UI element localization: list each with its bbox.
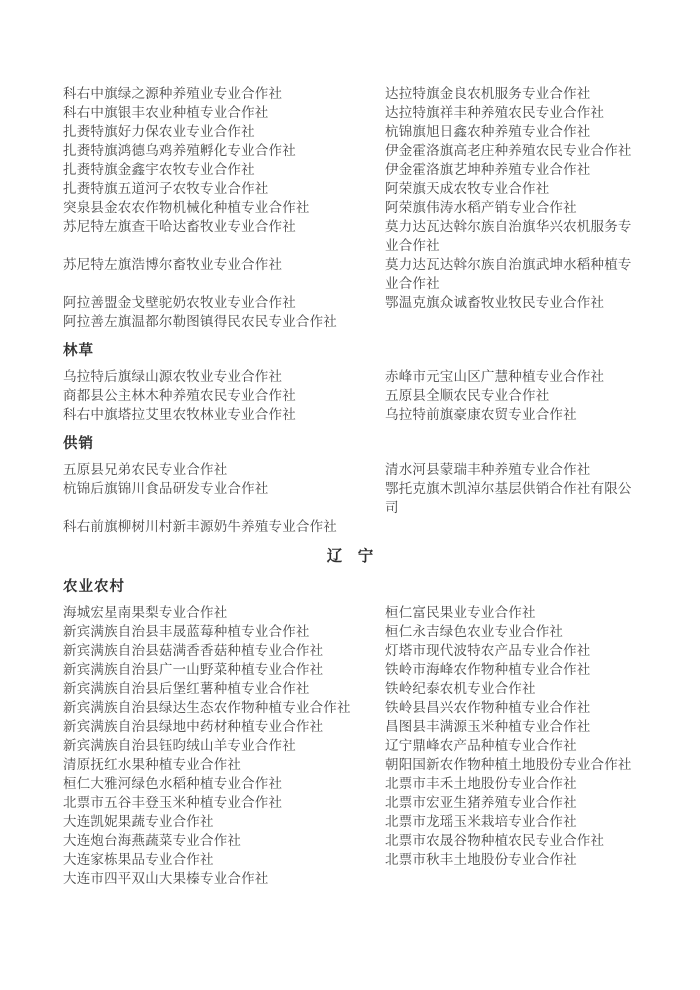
coop-name: 扎赉特旗五道河子农牧专业合作社: [63, 179, 385, 198]
coop-row: 扎赉特旗五道河子农牧专业合作社阿荣旗天成农牧专业合作社: [63, 179, 637, 198]
coop-row: 新宾满族自治县绿达生态农作物种植专业合作社铁岭县昌兴农作物种植专业合作社: [63, 698, 637, 717]
coop-name: 清原抚红水果种植专业合作社: [63, 755, 385, 774]
coop-name: 铁岭市海峰农作物种植专业合作社: [385, 660, 635, 679]
coop-name: 北票市丰禾土地股份专业合作社: [385, 774, 635, 793]
coop-name: 新宾满族自治县菇满香香菇种植专业合作社: [63, 641, 385, 660]
coop-row: 突泉县金农农作物机械化种植专业合作社阿荣旗伟涛水稻产销专业合作社: [63, 198, 637, 217]
coop-name: 苏尼特左旗浩博尔畜牧业专业合作社: [63, 255, 385, 274]
coop-name: 赤峰市元宝山区广慧种植专业合作社: [385, 367, 635, 386]
coop-name: 昌图县丰满源玉米种植专业合作社: [385, 717, 635, 736]
coop-name: 北票市秋丰土地股份专业合作社: [385, 850, 635, 869]
coop-row: 阿拉善左旗温都尔勒图镇得民农民专业合作社: [63, 312, 637, 331]
coop-name: 阿荣旗天成农牧专业合作社: [385, 179, 635, 198]
coop-name: 北票市宏亚生猪养殖专业合作社: [385, 793, 635, 812]
coop-name: 科右中旗银丰农业种植专业合作社: [63, 103, 385, 122]
coop-name: 北票市五谷丰登玉米种植专业合作社: [63, 793, 385, 812]
coop-name: 清水河县蒙瑞丰种养殖专业合作社: [385, 460, 635, 479]
section: 林草乌拉特后旗绿山源农牧业专业合作社赤峰市元宝山区广慧种植专业合作社商都县公主林…: [63, 341, 637, 424]
coop-name: 扎赉特旗好力保农业专业合作社: [63, 122, 385, 141]
section-header: 农业农村: [63, 577, 637, 597]
coop-name: 乌拉特前旗豪康农贸专业合作社: [385, 405, 635, 424]
coop-name: 伊金霍洛旗高老庄种养殖农民专业合作社: [385, 141, 635, 160]
coop-name: 辽宁鼎峰农产品种植专业合作社: [385, 736, 635, 755]
coop-name: 桓仁富民果业专业合作社: [385, 603, 635, 622]
sections-bottom: 农业农村海城宏星南果梨专业合作社桓仁富民果业专业合作社新宾满族自治县丰晟蓝莓种植…: [63, 577, 637, 888]
province-title: 辽 宁: [63, 546, 637, 567]
coop-name: 新宾满族自治县绿地中药材种植专业合作社: [63, 717, 385, 736]
coop-row: 新宾满族自治县钰昀绒山羊专业合作社辽宁鼎峰农产品种植专业合作社: [63, 736, 637, 755]
coop-name: 科右中旗绿之源种养殖业专业合作社: [63, 84, 385, 103]
coop-row: 大连炮台海燕蔬菜专业合作社北票市农晟谷物种植农民专业合作社: [63, 831, 637, 850]
coop-name: 科右前旗柳树川村新丰源奶牛养殖专业合作社: [63, 517, 385, 536]
coop-row: 乌拉特后旗绿山源农牧业专业合作社赤峰市元宝山区广慧种植专业合作社: [63, 367, 637, 386]
section-header: 林草: [63, 341, 637, 361]
coop-name: 五原县兄弟农民专业合作社: [63, 460, 385, 479]
coop-name: 苏尼特左旗查干哈达畜牧业专业合作社: [63, 217, 385, 236]
coop-row: 科右中旗塔拉艾里农牧林业专业合作社乌拉特前旗豪康农贸专业合作社: [63, 405, 637, 424]
coop-name: 突泉县金农农作物机械化种植专业合作社: [63, 198, 385, 217]
coop-row: 海城宏星南果梨专业合作社桓仁富民果业专业合作社: [63, 603, 637, 622]
coop-row: 扎赉特旗金鑫宇农牧专业合作社伊金霍洛旗艺坤种养殖专业合作社: [63, 160, 637, 179]
coop-row: 大连市四平双山大果榛专业合作社: [63, 869, 637, 888]
coop-row: 商都县公主林木种养殖农民专业合作社五原县全顺农民专业合作社: [63, 386, 637, 405]
section-header: 供销: [63, 434, 637, 454]
coop-name: 铁岭县昌兴农作物种植专业合作社: [385, 698, 635, 717]
coop-name: 灯塔市现代波特农产品专业合作社: [385, 641, 635, 660]
coop-name: 大连凯妮果蔬专业合作社: [63, 812, 385, 831]
coop-name: 新宾满族自治县绿达生态农作物种植专业合作社: [63, 698, 385, 717]
coop-name: 鄂托克旗木凯淖尔基层供销合作社有限公司: [385, 479, 635, 517]
coop-row: 大连家栋果品专业合作社北票市秋丰土地股份专业合作社: [63, 850, 637, 869]
coop-row: 新宾满族自治县菇满香香菇种植专业合作社灯塔市现代波特农产品专业合作社: [63, 641, 637, 660]
coop-row: 大连凯妮果蔬专业合作社北票市龙瑶玉米栽培专业合作社: [63, 812, 637, 831]
coop-row: 桓仁大雅河绿色水稻种植专业合作社北票市丰禾土地股份专业合作社: [63, 774, 637, 793]
coop-name: 杭锦旗旭日鑫农种养殖专业合作社: [385, 122, 635, 141]
coop-name: 科右中旗塔拉艾里农牧林业专业合作社: [63, 405, 385, 424]
coop-name: 达拉特旗祥丰种养殖农民专业合作社: [385, 103, 635, 122]
coop-row: 科右前旗柳树川村新丰源奶牛养殖专业合作社: [63, 517, 637, 536]
coop-row: 五原县兄弟农民专业合作社清水河县蒙瑞丰种养殖专业合作社: [63, 460, 637, 479]
coop-name: 铁岭纪泰农机专业合作社: [385, 679, 635, 698]
coop-row: 北票市五谷丰登玉米种植专业合作社北票市宏亚生猪养殖专业合作社: [63, 793, 637, 812]
coop-name: 阿拉善左旗温都尔勒图镇得民农民专业合作社: [63, 312, 385, 331]
coop-row: 新宾满族自治县绿地中药材种植专业合作社昌图县丰满源玉米种植专业合作社: [63, 717, 637, 736]
document-page: 科右中旗绿之源种养殖业专业合作社达拉特旗金良农机服务专业合作社科右中旗银丰农业种…: [0, 0, 637, 888]
coop-row: 阿拉善盟金戈壁驼奶农牧业专业合作社鄂温克旗众诚畜牧业牧民专业合作社: [63, 293, 637, 312]
coop-name: 阿荣旗伟涛水稻产销专业合作社: [385, 198, 635, 217]
coop-name: 乌拉特后旗绿山源农牧业专业合作社: [63, 367, 385, 386]
coop-name: 扎赉特旗金鑫宇农牧专业合作社: [63, 160, 385, 179]
coop-name: 大连市四平双山大果榛专业合作社: [63, 869, 385, 888]
coop-row: 清原抚红水果种植专业合作社朝阳国新农作物种植土地股份专业合作社: [63, 755, 637, 774]
coop-name: 莫力达瓦达斡尔族自治旗武坤水稻种植专业合作社: [385, 255, 635, 293]
coop-name: 莫力达瓦达斡尔族自治旗华兴农机服务专业合作社: [385, 217, 635, 255]
section: 农业农村海城宏星南果梨专业合作社桓仁富民果业专业合作社新宾满族自治县丰晟蓝莓种植…: [63, 577, 637, 888]
coop-name: 海城宏星南果梨专业合作社: [63, 603, 385, 622]
coop-name: 朝阳国新农作物种植土地股份专业合作社: [385, 755, 635, 774]
coop-name: 鄂温克旗众诚畜牧业牧民专业合作社: [385, 293, 635, 312]
coop-row: 新宾满族自治县后堡红薯种植专业合作社铁岭纪泰农机专业合作社: [63, 679, 637, 698]
coop-name: 新宾满族自治县广一山野菜种植专业合作社: [63, 660, 385, 679]
coop-row: 科右中旗银丰农业种植专业合作社达拉特旗祥丰种养殖农民专业合作社: [63, 103, 637, 122]
coop-name: 桓仁大雅河绿色水稻种植专业合作社: [63, 774, 385, 793]
coop-name: 新宾满族自治县丰晟蓝莓种植专业合作社: [63, 622, 385, 641]
coop-name: 北票市农晟谷物种植农民专业合作社: [385, 831, 635, 850]
coop-name: 达拉特旗金良农机服务专业合作社: [385, 84, 635, 103]
coop-row: 扎赉特旗鸿德乌鸡养殖孵化专业合作社伊金霍洛旗高老庄种养殖农民专业合作社: [63, 141, 637, 160]
coop-name: 扎赉特旗鸿德乌鸡养殖孵化专业合作社: [63, 141, 385, 160]
coop-name: 商都县公主林木种养殖农民专业合作社: [63, 386, 385, 405]
coop-row: 苏尼特左旗浩博尔畜牧业专业合作社莫力达瓦达斡尔族自治旗武坤水稻种植专业合作社: [63, 255, 637, 293]
section: 科右中旗绿之源种养殖业专业合作社达拉特旗金良农机服务专业合作社科右中旗银丰农业种…: [63, 84, 637, 331]
coop-row: 杭锦后旗锦川食品研发专业合作社鄂托克旗木凯淖尔基层供销合作社有限公司: [63, 479, 637, 517]
coop-name: 桓仁永吉绿色农业专业合作社: [385, 622, 635, 641]
coop-name: 新宾满族自治县后堡红薯种植专业合作社: [63, 679, 385, 698]
coop-row: 新宾满族自治县丰晟蓝莓种植专业合作社桓仁永吉绿色农业专业合作社: [63, 622, 637, 641]
coop-row: 新宾满族自治县广一山野菜种植专业合作社铁岭市海峰农作物种植专业合作社: [63, 660, 637, 679]
coop-name: 大连家栋果品专业合作社: [63, 850, 385, 869]
coop-name: 伊金霍洛旗艺坤种养殖专业合作社: [385, 160, 635, 179]
coop-name: 阿拉善盟金戈壁驼奶农牧业专业合作社: [63, 293, 385, 312]
coop-name: 五原县全顺农民专业合作社: [385, 386, 635, 405]
coop-name: 新宾满族自治县钰昀绒山羊专业合作社: [63, 736, 385, 755]
coop-name: 大连炮台海燕蔬菜专业合作社: [63, 831, 385, 850]
coop-name: 北票市龙瑶玉米栽培专业合作社: [385, 812, 635, 831]
coop-name: 杭锦后旗锦川食品研发专业合作社: [63, 479, 385, 498]
section: 供销五原县兄弟农民专业合作社清水河县蒙瑞丰种养殖专业合作社杭锦后旗锦川食品研发专…: [63, 434, 637, 536]
coop-row: 扎赉特旗好力保农业专业合作社杭锦旗旭日鑫农种养殖专业合作社: [63, 122, 637, 141]
coop-row: 苏尼特左旗查干哈达畜牧业专业合作社莫力达瓦达斡尔族自治旗华兴农机服务专业合作社: [63, 217, 637, 255]
coop-row: 科右中旗绿之源种养殖业专业合作社达拉特旗金良农机服务专业合作社: [63, 84, 637, 103]
sections-top: 科右中旗绿之源种养殖业专业合作社达拉特旗金良农机服务专业合作社科右中旗银丰农业种…: [63, 84, 637, 536]
